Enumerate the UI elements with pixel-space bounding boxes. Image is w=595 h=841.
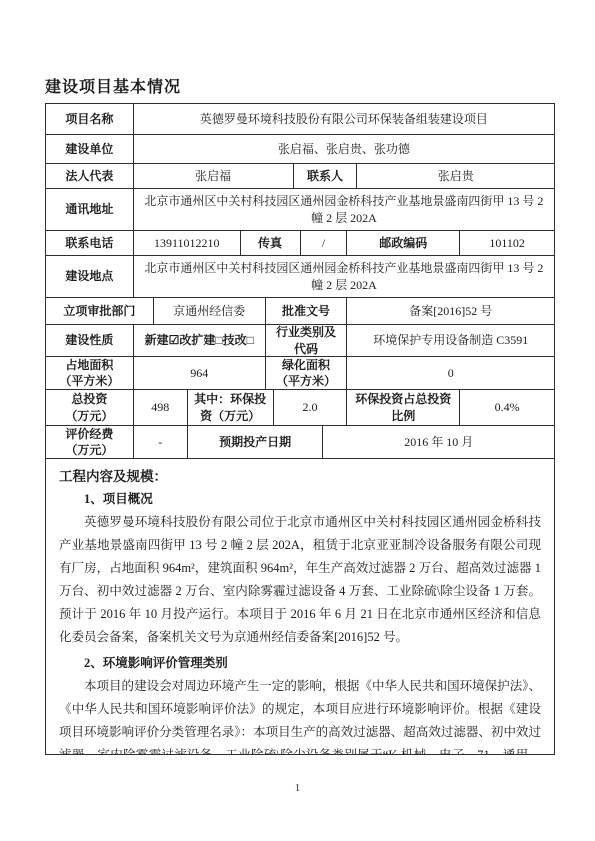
approval-doc-value: 备案[2016]52 号: [347, 298, 555, 325]
row-builder: 建设单位 张启福、张启贵、张功德: [46, 135, 555, 164]
industry-value: 环境保护专用设备制造 C3591: [347, 325, 555, 357]
legal-rep-label: 法人代表: [46, 164, 134, 189]
fax-value: /: [301, 231, 348, 256]
page-title: 建设项目基本情况: [45, 74, 445, 97]
mail-address-label: 通讯地址: [46, 189, 134, 231]
env-investment-value: 2.0: [274, 390, 348, 426]
row-location: 建设地点 北京市通州区中关村科技园区通州园金桥科技产业基地景盛南四街甲 13 号…: [46, 256, 555, 298]
phone-value: 13911012210: [134, 231, 241, 256]
row-phone: 联系电话 13911012210 传真 / 邮政编码 101102: [46, 231, 555, 256]
row-legal-rep: 法人代表 张启福 联系人 张启贵: [46, 164, 555, 189]
content-paragraph-1: 英德罗曼环境科技股份有限公司位于北京市通州区中关村科技园区通州园金桥科技产业基地…: [59, 511, 541, 649]
fax-label: 传真: [241, 231, 301, 256]
phone-label: 联系电话: [46, 231, 134, 256]
row-eval-fee: 评价经费 （万元） - 预期投产日期 2016 年 10 月: [46, 426, 555, 459]
production-date-value: 2016 年 10 月: [323, 426, 555, 459]
project-name-value: 英德罗曼环境科技股份有限公司环保装备组装建设项目: [134, 104, 555, 135]
contact-label: 联系人: [294, 164, 358, 189]
env-investment-label: 其中：环保投 资（万元）: [188, 390, 274, 426]
eval-fee-value: -: [134, 426, 188, 459]
legal-rep-value: 张启福: [134, 164, 294, 189]
location-label: 建设地点: [46, 256, 134, 298]
total-investment-label: 总投资 （万元）: [46, 390, 134, 426]
approval-doc-label: 批准文号: [266, 298, 348, 325]
green-area-label: 绿化面积 （平方米）: [266, 357, 348, 390]
mail-address-value: 北京市通州区中关村科技园区通州园金桥科技产业基地景盛南四街甲 13 号 2 幢 …: [134, 189, 555, 231]
row-content: 工程内容及规模： 1、项目概况 英德罗曼环境科技股份有限公司位于北京市通州区中关…: [46, 459, 555, 755]
zip-label: 邮政编码: [347, 231, 460, 256]
env-ratio-value: 0.4%: [460, 390, 555, 426]
content-heading: 工程内容及规模：: [59, 465, 541, 485]
nature-checkboxes: 新建☑改扩建□技改□: [134, 325, 266, 357]
row-area: 占地面积 （平方米） 964 绿化面积 （平方米） 0: [46, 357, 555, 390]
project-info-table: 项目名称 英德罗曼环境科技股份有限公司环保装备组装建设项目 建设单位 张启福、张…: [45, 103, 555, 755]
content-subheading-2: 2、环境影响评价管理类别: [59, 653, 541, 671]
approval-dept-value: 京通州经信委: [154, 298, 266, 325]
production-date-label: 预期投产日期: [188, 426, 324, 459]
content-cell: 工程内容及规模： 1、项目概况 英德罗曼环境科技股份有限公司位于北京市通州区中关…: [46, 459, 555, 755]
approval-dept-label: 立项审批部门: [46, 298, 154, 325]
eval-fee-label: 评价经费 （万元）: [46, 426, 134, 459]
total-investment-value: 498: [134, 390, 188, 426]
content-subheading-1: 1、项目概况: [59, 489, 541, 507]
env-ratio-label: 环保投资占总投资 比例: [347, 390, 460, 426]
location-value: 北京市通州区中关村科技园区通州园金桥科技产业基地景盛南四街甲 13 号 2 幢 …: [134, 256, 555, 298]
row-approval: 立项审批部门 京通州经信委 批准文号 备案[2016]52 号: [46, 298, 555, 325]
content-paragraph-2: 本项目的建设会对周边环境产生一定的影响，根据《中华人民共和国环境保护法》、《中华…: [59, 675, 541, 755]
green-area-value: 0: [347, 357, 555, 390]
project-name-label: 项目名称: [46, 104, 134, 135]
document-page: 建设项目基本情况 项目名称 英德罗曼环境科技股份有限公司环保装备组装建设项目 建…: [0, 0, 595, 841]
industry-label: 行业类别及 代码: [266, 325, 348, 357]
row-project-name: 项目名称 英德罗曼环境科技股份有限公司环保装备组装建设项目: [46, 104, 555, 135]
page-number: 1: [0, 782, 595, 794]
row-nature: 建设性质 新建☑改扩建□技改□ 行业类别及 代码 环境保护专用设备制造 C359…: [46, 325, 555, 357]
row-mail-address: 通讯地址 北京市通州区中关村科技园区通州园金桥科技产业基地景盛南四街甲 13 号…: [46, 189, 555, 231]
nature-label: 建设性质: [46, 325, 134, 357]
builder-value: 张启福、张启贵、张功德: [134, 135, 555, 164]
contact-value: 张启贵: [357, 164, 555, 189]
zip-value: 101102: [460, 231, 555, 256]
builder-label: 建设单位: [46, 135, 134, 164]
land-area-label: 占地面积 （平方米）: [46, 357, 134, 390]
land-area-value: 964: [134, 357, 266, 390]
row-investment: 总投资 （万元） 498 其中：环保投 资（万元） 2.0 环保投资占总投资 比…: [46, 390, 555, 426]
